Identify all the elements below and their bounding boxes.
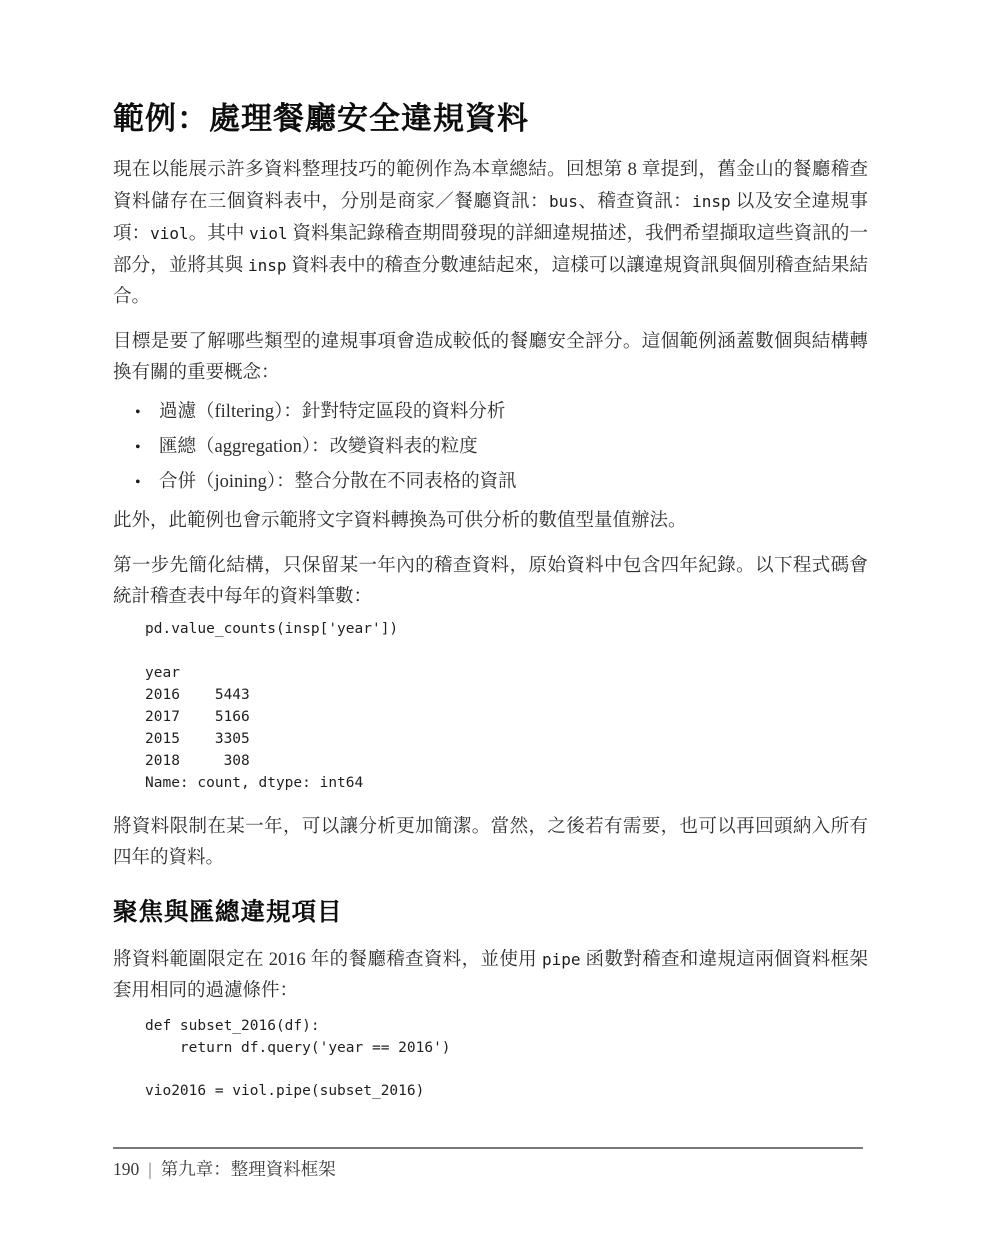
bullet-item-joining: • 合併（joining）：整合分散在不同表格的資訊 xyxy=(159,467,868,498)
goal-paragraph: 目標是要了解哪些類型的違規事項會造成較低的餐廳安全評分。這個範例涵蓋數個與結構轉… xyxy=(113,327,868,389)
bullet-icon: • xyxy=(135,432,141,463)
code-block-pipe-call: vio2016 = viol.pipe(subset_2016) xyxy=(145,1080,868,1102)
also-paragraph: 此外，此範例也會示範將文字資料轉換為可供分析的數值型量值辦法。 xyxy=(113,506,868,537)
code-block-subset-def: def subset_2016(df): return df.query('ye… xyxy=(145,1015,868,1059)
scope-paragraph: 將資料範圍限定在 2016 年的餐廳稽查資料，並使用 pipe 函數對稽查和違規… xyxy=(113,944,868,1007)
book-page: 範例：處理餐廳安全違規資料 現在以能展示許多資料整理技巧的範例作為本章總結。回想… xyxy=(0,0,1000,1242)
chapter-title: 第九章：整理資料框架 xyxy=(161,1156,336,1181)
footer-divider: | xyxy=(148,1159,152,1180)
bullet-item-filtering: • 過濾（filtering）：針對特定區段的資料分析 xyxy=(159,397,868,428)
bullet-item-label: 匯總（aggregation）：改變資料表的粒度 xyxy=(159,437,478,457)
concept-bullet-list: • 過濾（filtering）：針對特定區段的資料分析 • 匯總（aggrega… xyxy=(113,397,868,498)
page-footer: 190 | 第九章：整理資料框架 xyxy=(113,1147,863,1181)
code-block-value-counts-input: pd.value_counts(insp['year']) xyxy=(145,618,868,640)
bullet-item-aggregation: • 匯總（aggregation）：改變資料表的粒度 xyxy=(159,432,868,463)
intro-paragraph: 現在以能展示許多資料整理技巧的範例作為本章總結。回想第 8 章提到，舊金山的餐廳… xyxy=(113,155,868,313)
first-step-paragraph: 第一步先簡化結構，只保留某一年內的稽查資料，原始資料中包含四年紀錄。以下程式碼會… xyxy=(113,551,868,613)
code-block-value-counts-output: year 2016 5443 2017 5166 2015 3305 2018 … xyxy=(145,662,868,794)
page-number: 190 xyxy=(113,1159,139,1180)
section-title: 範例：處理餐廳安全違規資料 xyxy=(113,0,868,137)
bullet-item-label: 合併（joining）：整合分散在不同表格的資訊 xyxy=(159,472,517,492)
content-column: 範例：處理餐廳安全違規資料 現在以能展示許多資料整理技巧的範例作為本章總結。回想… xyxy=(113,0,868,1102)
footer-line: 190 | 第九章：整理資料框架 xyxy=(113,1149,863,1181)
bullet-icon: • xyxy=(135,397,141,428)
bullet-item-label: 過濾（filtering）：針對特定區段的資料分析 xyxy=(159,402,505,422)
limit-paragraph: 將資料限制在某一年，可以讓分析更加簡潔。當然，之後若有需要，也可以再回頭納入所有… xyxy=(113,812,868,874)
bullet-icon: • xyxy=(135,467,141,498)
subsection-title: 聚焦與匯總違規項目 xyxy=(113,898,868,928)
